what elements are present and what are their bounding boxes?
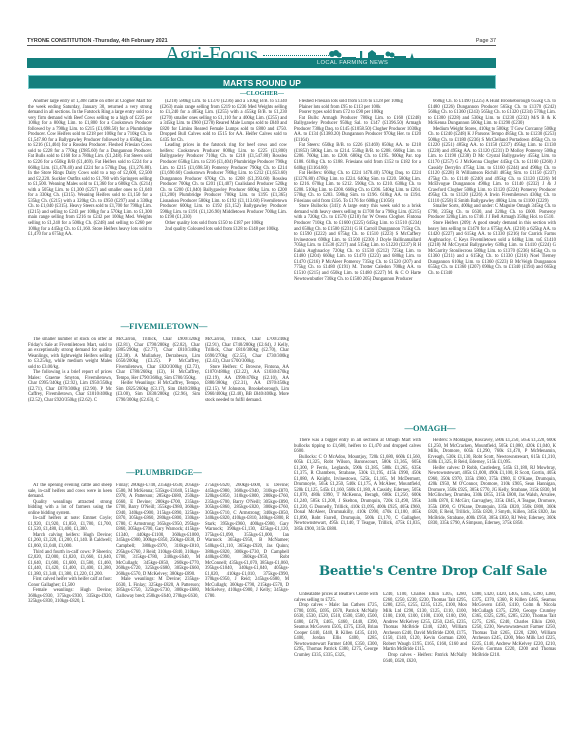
article-paragraph: Heifers: S Montague, Roscavey, 580k £1,2… [428,438,556,466]
article-paragraph: Third and fourth in-calf cows: P Sheerin… [28,550,112,578]
article-paragraph: There was a bigger entry in all sections… [294,438,421,455]
article-paragraph: Store Bullocks (341): A large entry this… [294,204,421,282]
article-paragraph: £480, £420, £420, £405, £405, £390, £380… [472,592,556,659]
running-header: TYRONE CONSTITUTION -Thursday, 4th Febru… [27,36,496,46]
article-paragraph: Medium Weight Stores, 410kg to 500kg: T … [428,127,556,205]
article-paragraph: 2nd quality Coloured lots sold from £128… [160,227,287,233]
publication-dateline: TYRONE CONSTITUTION -Thursday, 4th Febru… [27,38,168,44]
article-paragraph: Fleshed Friesian lots sold from £116 to … [294,99,421,105]
article-paragraph: Drop calves - Heifers: Patrick McNally £… [383,653,467,664]
section-heading-plumbridge: —PLUMBRIDGE— [104,467,224,477]
fivemiletown-column-3: McCarron, Trillick, Char £700/240kg (£2.… [205,337,289,463]
fivemiletown-column-2: McCarron, Trillick, Char £900/320kg (£2.… [116,337,200,463]
article-paragraph: Another large entry of 1,308 cattle on o… [28,99,152,238]
masthead-title: Agri-Focus [165,44,258,65]
clogher-column-4: 660kg Ch. to £1490 (£225) A Hunt Brookeb… [428,99,556,315]
omagh-column-2: Heifers: S Montague, Roscavey, 580k £1,2… [428,438,556,558]
article-paragraph: £240, £100, Charles Elkin £305, £280, £2… [383,592,467,653]
beattie-drop-calf-sale-heading: Beattie's Centre Drop Calf Sale [298,563,568,579]
article-paragraph: 275kgs-£620, 260kgs-£600, E Devine; 445k… [205,483,289,599]
article-paragraph: Heifer Weanlings: H McCaffrey, Tempo, Si… [116,381,200,403]
article-paragraph: Male weanlings: M Devine; 235kgs-£630, L… [116,577,200,599]
section-heading-omagh: —OMAGH— [380,423,480,433]
article-paragraph: Finlay; 280kgs-£740, 235kgs-£630, 205kgs… [116,483,200,577]
article-paragraph: Fat Bulls: Armagh Producer 780kg Lim. to… [294,116,421,144]
article-paragraph: Store Heifers (209): A good steady deman… [428,221,556,276]
article-paragraph: Heifer calves: D Robb, Castlederg, 545k … [428,466,556,527]
masthead-band [27,58,496,68]
plumbridge-column-1: AT the opening evening cattle and sheep … [28,483,112,701]
clogher-column-2: (£218) 580kg Lim. to £1370 (£236) and a … [160,99,287,331]
omagh-column-1: There was a bigger entry in all sections… [294,438,421,558]
article-paragraph: (£218) 580kg Lim. to £1370 (£236) and a … [160,99,287,143]
article-paragraph: Fat Steers: 650kg B/B. to £226 (£1469) 8… [294,143,421,171]
article-paragraph: First calved heifer with heifer calf at … [28,577,112,588]
agri-focus-masthead: Agri-Focus LOCAL FARMING NEWS [27,47,496,68]
article-paragraph: Female weanlings: Hugh Devine; 360kgs-£9… [28,588,112,605]
masthead-dotted-rule [263,55,333,56]
article-paragraph: Bullocks: C O McAdoo, Mountjoy, 720k £1,… [294,455,421,533]
article-paragraph: AT the opening evening cattle and sheep … [28,483,112,500]
plumbridge-column-3: 275kgs-£620, 260kgs-£600, E Devine; 445k… [205,483,289,701]
beattie-column-2: £240, £100, Charles Elkin £305, £280, £2… [383,592,467,704]
section-heading-clogher: —CLOGHER— [212,90,312,97]
article-paragraph: Smaller Sorts, 400kg and under: C Maguir… [428,204,556,221]
article-paragraph: Quality weanlings attracted strong biddi… [28,500,112,517]
article-paragraph: Unbeatable prices at Beattie's Centre wi… [294,592,378,603]
article-paragraph: 660kg Ch. to £1490 (£225) A Hunt Brookeb… [428,99,556,127]
page-number: Page 37 [476,38,496,44]
article-paragraph: Drop calves - Male: Ian Cathers £725, £7… [294,603,378,658]
clogher-column-3: Fleshed Friesian lots sold from £116 to … [294,99,421,315]
article-paragraph: Leading prices in the fatstock ring for … [160,143,287,221]
article-paragraph: In-calf heifers at note: Emmet Coyle; £1… [28,516,112,533]
article-paragraph: Store Heifers: C Browne, Fintona, AA £10… [205,365,289,404]
article-paragraph: March calving heifers: Hugh Devine; £1,2… [28,533,112,550]
masthead-subtitle: LOCAL FARMING NEWS [317,60,388,66]
beattie-column-1: Unbeatable prices at Beattie's Centre wi… [294,592,378,704]
clogher-column-1: Another large entry of 1,308 cattle on o… [28,99,152,315]
beattie-column-3: £480, £420, £420, £405, £405, £390, £380… [472,592,556,704]
article-paragraph: The smaller number of stock on offer at … [28,337,112,370]
marts-round-up-banner: MARTS ROUND UP [28,75,496,89]
farm-silhouette-icon [328,50,418,59]
plumbridge-column-2: Finlay; 280kgs-£740, 235kgs-£630, 205kgs… [116,483,200,701]
article-paragraph: Fat Heifers: 660kg Ch. to £224 1478.40) … [294,171,421,204]
fivemiletown-column-1: The smaller number of stock on offer at … [28,337,112,463]
article-paragraph: McCarron, Trillick, Char £900/320kg (£2.… [116,337,200,381]
article-paragraph: McCarron, Trillick, Char £700/240kg (£2.… [205,337,289,365]
section-heading-fivemiletown: —FIVEMILETOWN— [104,321,224,331]
article-paragraph: The following is a brief report of price… [28,370,112,403]
